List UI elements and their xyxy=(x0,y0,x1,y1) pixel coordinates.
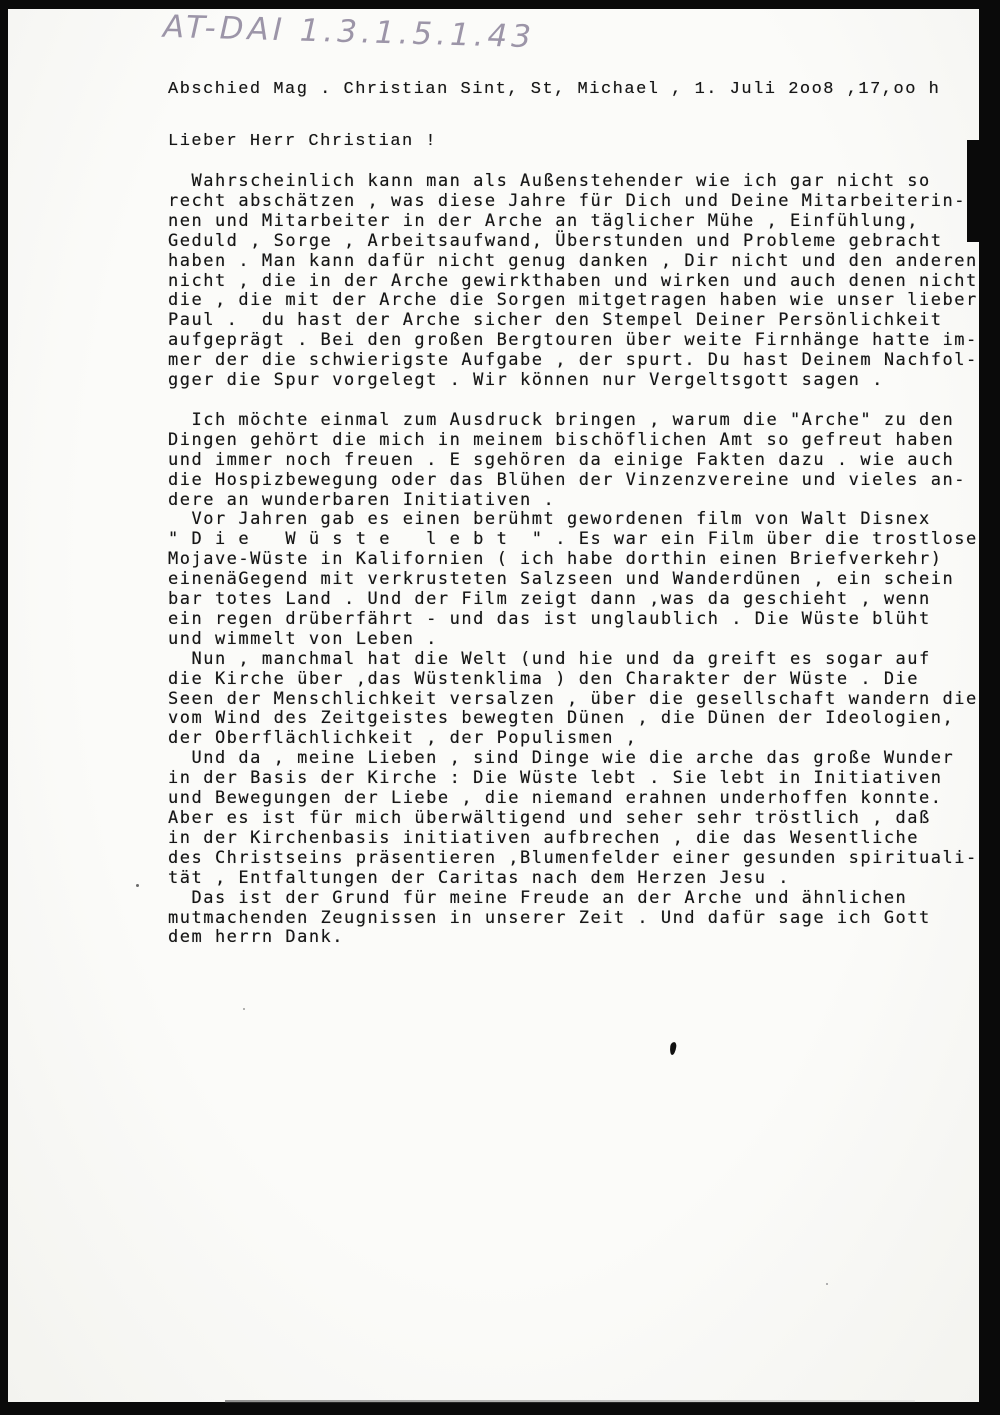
letter-header-line: Abschied Mag . Christian Sint, St, Micha… xyxy=(168,80,940,99)
letter-body: Wahrscheinlich kann man als Außenstehend… xyxy=(168,172,978,948)
ink-speck xyxy=(826,1283,828,1285)
ink-speck xyxy=(243,1008,245,1010)
scanned-letter-page: AT-DAI 1.3.1.5.1.43 Abschied Mag . Chris… xyxy=(0,0,1000,1415)
letter-salutation: Lieber Herr Christian ! xyxy=(168,132,437,151)
page-edge-shadow xyxy=(225,1400,915,1403)
ink-speck xyxy=(136,884,139,887)
